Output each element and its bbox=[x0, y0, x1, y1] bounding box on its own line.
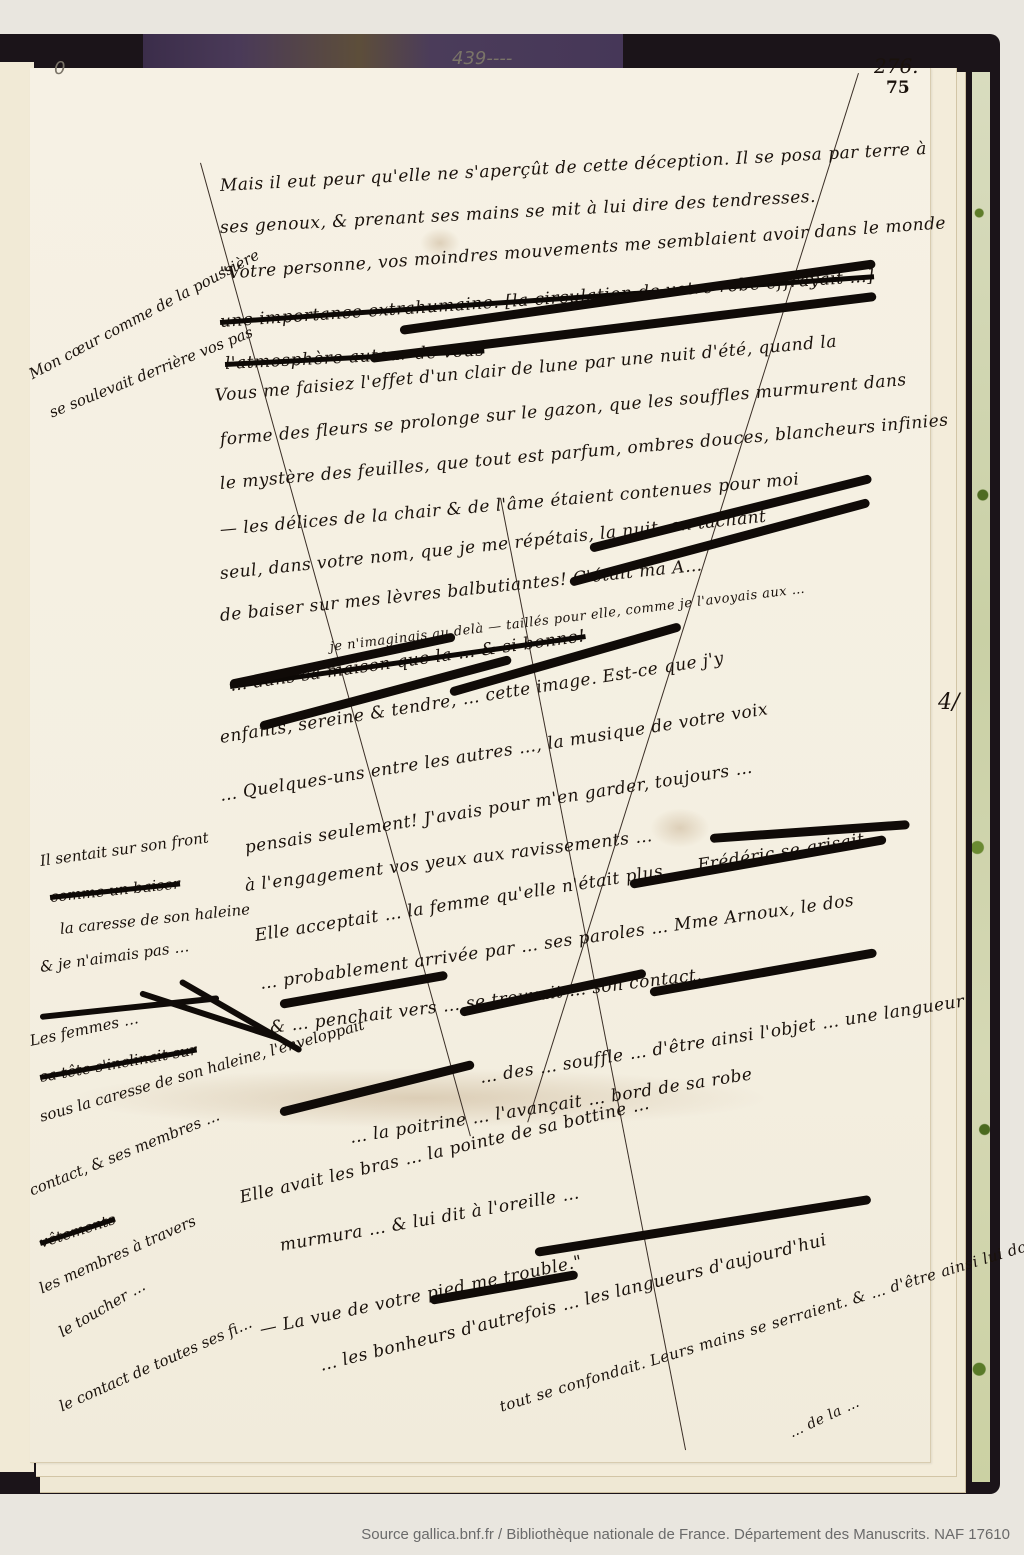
folio-number-ink: 276. bbox=[874, 54, 919, 78]
margin-note: se soulevait derrière vos pas bbox=[47, 323, 256, 421]
pencil-folio-number: 439---- bbox=[452, 48, 512, 69]
source-caption: Source gallica.bnf.fr / Bibliothèque nat… bbox=[0, 1526, 1010, 1543]
margin-note: & je n'aimais pas … bbox=[39, 937, 190, 976]
binding-cloth-top bbox=[143, 34, 623, 70]
folio-number-stamp: 75 bbox=[886, 78, 910, 98]
margin-note: le contact de toutes ses fi… bbox=[56, 1314, 254, 1415]
margin-note: la caresse de son haleine bbox=[59, 900, 251, 938]
margin-note: Il sentait sur son front bbox=[39, 828, 210, 870]
text-line: murmura … & lui dit à l'oreille … bbox=[278, 1183, 581, 1255]
text-line: — La vue de votre pied me trouble." bbox=[258, 1252, 584, 1340]
margin-note-struck: comme un baiser bbox=[49, 874, 181, 906]
facing-page-edge bbox=[0, 62, 34, 1472]
margin-note: le toucher … bbox=[56, 1277, 149, 1341]
spine-mark: 4/ bbox=[938, 690, 959, 715]
stain bbox=[650, 808, 710, 848]
margin-note-struck: vêtements bbox=[37, 1210, 117, 1251]
text-line: … probablement arrivée par … ses paroles… bbox=[259, 891, 856, 994]
pencil-mark: 0 bbox=[54, 58, 65, 79]
text-line: … de la … bbox=[787, 1395, 863, 1442]
margin-note: les membres à travers bbox=[36, 1212, 198, 1297]
manuscript-page: 0 439---- 276. 75 Mais il eut peur qu'el… bbox=[30, 68, 931, 1463]
